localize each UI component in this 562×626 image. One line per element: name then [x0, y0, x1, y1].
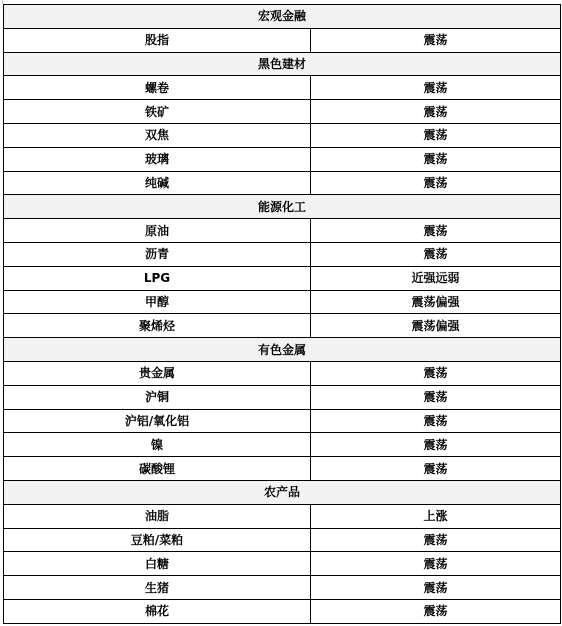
- table-row: LPG 近强远弱: [4, 266, 561, 290]
- commodity-outlook: 近强远弱: [311, 266, 561, 290]
- commodity-name: 贵金属: [4, 361, 311, 385]
- table-row: 铁矿 震荡: [4, 100, 561, 124]
- table-row: 原油 震荡: [4, 219, 561, 243]
- category-row-energy-chemicals: 能源化工: [4, 195, 561, 219]
- commodity-name: 棉花: [4, 599, 311, 623]
- table-row: 棉花 震荡: [4, 599, 561, 623]
- commodity-outlook: 震荡: [311, 528, 561, 552]
- commodity-name: 股指: [4, 28, 311, 52]
- commodity-name: 纯碱: [4, 171, 311, 195]
- commodity-outlook: 震荡: [311, 242, 561, 266]
- commodity-outlook: 震荡: [311, 457, 561, 481]
- table-row: 玻璃 震荡: [4, 147, 561, 171]
- commodity-outlook: 震荡: [311, 385, 561, 409]
- commodity-name: 生猪: [4, 576, 311, 600]
- commodity-name: 原油: [4, 219, 311, 243]
- category-label: 农产品: [4, 480, 561, 504]
- commodity-name: 铁矿: [4, 100, 311, 124]
- commodity-name: 碳酸锂: [4, 457, 311, 481]
- category-label: 有色金属: [4, 338, 561, 362]
- commodity-name: 豆粕/菜粕: [4, 528, 311, 552]
- category-row-nonferrous-metals: 有色金属: [4, 338, 561, 362]
- table-row: 白糖 震荡: [4, 552, 561, 576]
- commodity-outlook: 震荡偏强: [311, 290, 561, 314]
- commodity-name: 聚烯烃: [4, 314, 311, 338]
- table-row: 碳酸锂 震荡: [4, 457, 561, 481]
- table-row: 豆粕/菜粕 震荡: [4, 528, 561, 552]
- table-row: 沪铝/氧化铝 震荡: [4, 409, 561, 433]
- commodity-outlook: 震荡: [311, 552, 561, 576]
- category-row-macro-finance: 宏观金融: [4, 5, 561, 29]
- table-row: 螺卷 震荡: [4, 76, 561, 100]
- commodity-name: 沪铜: [4, 385, 311, 409]
- commodity-outlook: 震荡: [311, 123, 561, 147]
- commodity-outlook: 震荡: [311, 433, 561, 457]
- commodity-outlook: 上涨: [311, 504, 561, 528]
- table-row: 聚烯烃 震荡偏强: [4, 314, 561, 338]
- category-row-agricultural: 农产品: [4, 480, 561, 504]
- category-label: 宏观金融: [4, 5, 561, 29]
- commodity-outlook: 震荡: [311, 361, 561, 385]
- commodity-outlook: 震荡偏强: [311, 314, 561, 338]
- table-row: 沥青 震荡: [4, 242, 561, 266]
- commodity-name: 沥青: [4, 242, 311, 266]
- table-row: 沪铜 震荡: [4, 385, 561, 409]
- commodity-outlook: 震荡: [311, 28, 561, 52]
- commodity-name: 白糖: [4, 552, 311, 576]
- category-label: 能源化工: [4, 195, 561, 219]
- commodity-name: 双焦: [4, 123, 311, 147]
- commodity-outlook: 震荡: [311, 147, 561, 171]
- commodity-name: 玻璃: [4, 147, 311, 171]
- commodity-outlook: 震荡: [311, 171, 561, 195]
- commodity-name: 镍: [4, 433, 311, 457]
- table-row: 生猪 震荡: [4, 576, 561, 600]
- commodity-outlook: 震荡: [311, 219, 561, 243]
- commodity-outlook: 震荡: [311, 76, 561, 100]
- commodity-name: 螺卷: [4, 76, 311, 100]
- table-row: 甲醇 震荡偏强: [4, 290, 561, 314]
- table-row: 油脂 上涨: [4, 504, 561, 528]
- category-label: 黑色建材: [4, 52, 561, 76]
- commodity-outlook: 震荡: [311, 409, 561, 433]
- commodity-name: 油脂: [4, 504, 311, 528]
- table-row: 纯碱 震荡: [4, 171, 561, 195]
- table-row: 双焦 震荡: [4, 123, 561, 147]
- category-row-ferrous-building: 黑色建材: [4, 52, 561, 76]
- commodity-outlook-table: 宏观金融 股指 震荡 黑色建材 螺卷 震荡 铁矿 震荡 双焦 震荡 玻璃 震荡 …: [3, 4, 561, 624]
- commodity-outlook: 震荡: [311, 599, 561, 623]
- table-row: 股指 震荡: [4, 28, 561, 52]
- commodity-outlook: 震荡: [311, 576, 561, 600]
- table-row: 镍 震荡: [4, 433, 561, 457]
- commodity-name: LPG: [4, 266, 311, 290]
- commodity-name: 甲醇: [4, 290, 311, 314]
- table-row: 贵金属 震荡: [4, 361, 561, 385]
- commodity-name: 沪铝/氧化铝: [4, 409, 311, 433]
- commodity-outlook: 震荡: [311, 100, 561, 124]
